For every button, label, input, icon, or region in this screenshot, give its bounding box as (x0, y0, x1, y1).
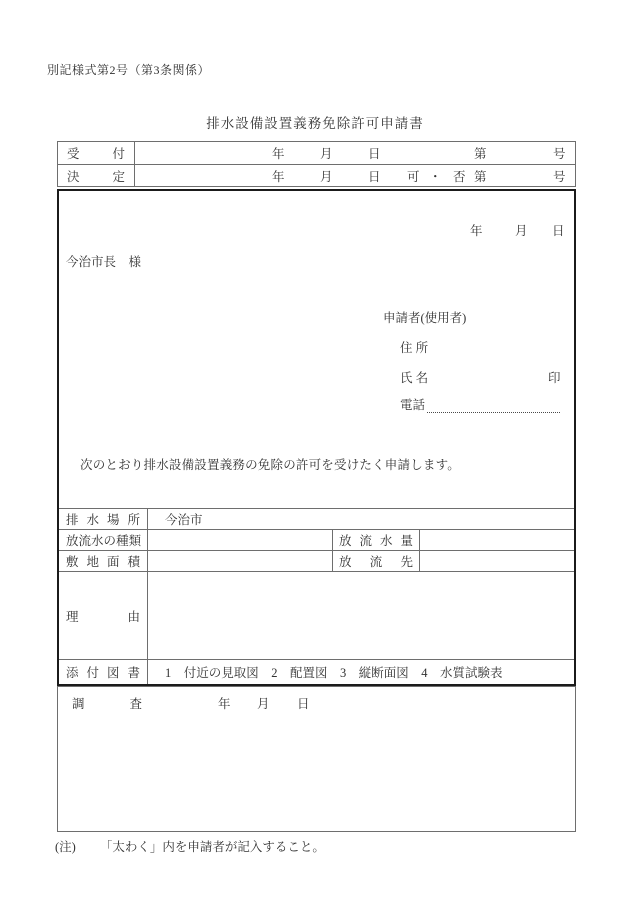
reason-label: 理由 (59, 572, 148, 659)
decision-number-suffix: 号 (553, 167, 566, 185)
form-code: 別記様式第2号（第3条関係） (47, 61, 210, 78)
applicant-entry-box: 年 月 日 今治市長 様 申請者(使用者) 住 所 氏 名 印 電話 次のとおり… (57, 189, 576, 686)
reception-month-label: 月 (320, 144, 333, 162)
reception-year-label: 年 (272, 144, 285, 162)
survey-day-label: 日 (297, 694, 310, 712)
phone-entry-line (427, 400, 560, 413)
name-label: 氏 名 (400, 368, 428, 386)
site-area-row: 敷地面積 放流先 (59, 550, 574, 571)
water-type-row: 放流水の種類 放流水量 (59, 529, 574, 550)
water-volume-value (421, 530, 574, 550)
outfall-label: 放流先 (332, 551, 420, 571)
decision-year-label: 年 (272, 167, 285, 185)
water-volume-label: 放流水量 (332, 530, 420, 550)
reason-value (149, 572, 332, 659)
decision-label: 決定 (58, 165, 135, 186)
decision-row: 決定 年 月 日 可 ・ 否 第 号 (58, 164, 575, 186)
phone-row: 電話 (400, 395, 560, 413)
decision-day-label: 日 (368, 167, 381, 185)
drain-place-value: 今治市 (165, 510, 203, 528)
decision-deny-label: 否 (453, 167, 466, 185)
address-label: 住 所 (400, 338, 428, 356)
phone-label: 電話 (400, 395, 425, 413)
reception-label: 受付 (58, 142, 135, 164)
site-area-value (149, 551, 332, 571)
site-area-label: 敷地面積 (59, 551, 148, 571)
note-text: 「太わく」内を申請者が記入すること。 (100, 837, 325, 855)
page-title: 排水設備設置義務免除許可申請書 (0, 112, 630, 132)
application-month-label: 月 (515, 221, 528, 239)
attachments-value: 1 付近の見取図 2 配置図 3 縦断面図 4 水質試験表 (165, 663, 503, 681)
drain-place-row: 排水場所 今治市 (59, 509, 574, 529)
addressee: 今治市長 様 (66, 252, 141, 270)
office-use-table: 受付 年 月 日 第 号 決定 年 月 日 可 ・ 否 第 号 (57, 141, 576, 187)
survey-label: 調査 (72, 694, 142, 712)
water-type-label: 放流水の種類 (59, 530, 148, 550)
reception-number-suffix: 号 (553, 144, 566, 162)
decision-separator: ・ (429, 167, 442, 185)
application-date-line: 年 月 日 (59, 222, 574, 238)
drain-place-label: 排水場所 (59, 509, 148, 529)
outfall-value (421, 551, 574, 571)
reception-day-label: 日 (368, 144, 381, 162)
application-statement: 次のとおり排水設備設置義務の免除の許可を受けたく申請します。 (80, 455, 460, 473)
note-prefix: (注) (55, 837, 76, 855)
reception-number-prefix: 第 (474, 144, 487, 162)
application-day-label: 日 (552, 221, 565, 239)
application-form-page: 別記様式第2号（第3条関係） 排水設備設置義務免除許可申請書 受付 年 月 日 … (0, 0, 630, 915)
details-table: 排水場所 今治市 放流水の種類 放流水量 敷地面積 放流先 理由 添付図書 (59, 508, 574, 684)
survey-month-label: 月 (257, 694, 270, 712)
attachments-label: 添付図書 (59, 660, 148, 684)
attachments-row: 添付図書 1 付近の見取図 2 配置図 3 縦断面図 4 水質試験表 (59, 659, 574, 684)
applicant-label: 申請者(使用者) (383, 308, 466, 326)
water-type-value (149, 530, 332, 550)
seal-label: 印 (548, 368, 561, 386)
decision-number-prefix: 第 (474, 167, 487, 185)
decision-month-label: 月 (320, 167, 333, 185)
footer-note: (注) 「太わく」内を申請者が記入すること。 (55, 837, 325, 855)
reception-row: 受付 年 月 日 第 号 (58, 142, 575, 164)
survey-box: 調査 年 月 日 (57, 686, 576, 832)
decision-approve-label: 可 (407, 167, 420, 185)
reason-row: 理由 (59, 571, 574, 659)
survey-year-label: 年 (218, 694, 231, 712)
application-year-label: 年 (470, 221, 483, 239)
